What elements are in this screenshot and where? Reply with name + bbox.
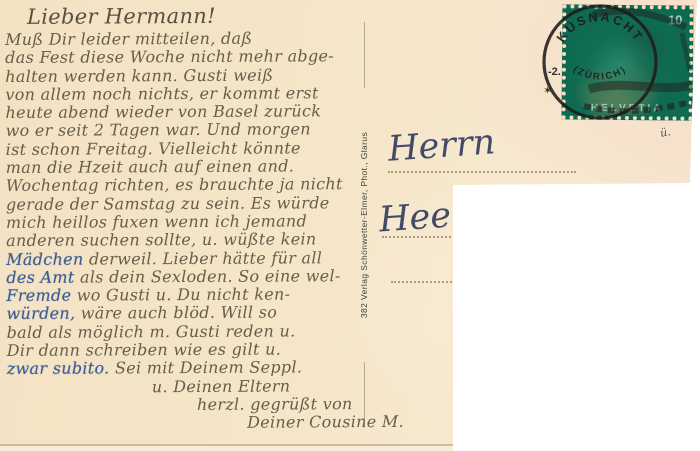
address-dotted-line-2 (382, 236, 522, 238)
message-line: zwar subito. Sei mit Deinem Seppl. (7, 357, 379, 377)
postcard-scan: Lieber Hermann!Muß Dir leider mitteilen,… (0, 0, 700, 451)
message-line: Deiner Cousine M. (247, 412, 379, 431)
address-dotted-line-3 (391, 281, 511, 283)
message-line: von allem noch nichts, er kommt erst (5, 83, 377, 103)
message-text-blue: Fremde (6, 286, 76, 305)
publisher-imprint: 382 Verlag Schönwetter-Elmer, Phot., Gla… (359, 90, 369, 360)
message-text: wo Gusti u. Du nicht ken- (77, 285, 291, 305)
message-line: wo er seit 2 Tagen war. Und morgen (5, 120, 377, 140)
message-line: heute abend wieder von Basel zurück (5, 101, 377, 121)
message-line: u. Deinen Eltern (152, 376, 379, 395)
message-line: Muß Dir leider mitteilen, daß (5, 28, 377, 48)
message-line: man die Hzeit auch auf einen and. (6, 156, 378, 176)
message-text: Lieber Hermann! (27, 4, 216, 29)
message-line: Dir dann schreiben wie es gilt u. (7, 339, 379, 359)
message-text-blue: würden, (6, 304, 80, 323)
message-line: halten werden kann. Gusti weiß (5, 65, 377, 85)
postmark-star-icon: ✶ (543, 85, 552, 97)
message-line: herzl. gegrüßt von (197, 394, 379, 413)
postmark-region: (ZÜRICH) (571, 64, 629, 83)
message-text: Muß Dir leider mitteilen, daß (5, 29, 252, 49)
message-text: halten werden kann. Gusti weiß (5, 65, 273, 85)
message-line: Lieber Hermann! (27, 3, 377, 30)
postcard-edge-margin (0, 446, 453, 451)
message-line: ist schon Freitag. Vielleicht könnte (6, 138, 378, 158)
message-block: Lieber Hermann!Muß Dir leider mitteilen,… (5, 3, 379, 432)
postcard-paper: Lieber Hermann!Muß Dir leider mitteilen,… (0, 0, 700, 451)
message-line: das Fest diese Woche nicht mehr abge- (5, 46, 377, 66)
message-text: Deiner Cousine M. (247, 412, 404, 432)
postmark: KÜSNACHT (ZÜRICH) -2. ✶ (534, 1, 700, 127)
address-dotted-line-1 (388, 171, 576, 173)
message-text: Sei mit Deinem Seppl. (115, 358, 302, 378)
message-line: bald als möglich m. Gusti reden u. (7, 321, 379, 341)
divider-line-lower (364, 362, 365, 427)
divider-line-upper (364, 22, 365, 88)
postmark-date: -2. (548, 66, 561, 78)
message-text: wo er seit 2 Tagen war. Und morgen (5, 120, 310, 141)
message-line: Mädchen derweil. Lieber hätte für all (6, 248, 378, 268)
message-text: Dir dann schreiben wie es gilt u. (7, 340, 281, 360)
cancel-smear (584, 11, 694, 111)
message-text: das Fest diese Woche nicht mehr abge- (5, 47, 334, 68)
message-text: ist schon Freitag. Vielleicht könnte (6, 138, 301, 159)
message-line: gerade der Samstag zu sein. Es würde (6, 193, 378, 213)
stray-ink-mark: ü. (659, 125, 672, 140)
message-line: mich heillos fuxen wenn ich jemand (6, 211, 378, 231)
message-text-blue: zwar subito. (7, 359, 115, 379)
message-text-blue: Mädchen (6, 249, 89, 268)
message-text-blue: des Amt (6, 267, 80, 286)
message-line: würden, wäre auch blöd. Will so (6, 302, 378, 322)
message-text: derweil. Lieber hätte für all (89, 248, 322, 268)
message-line: Wochentag richten, es brauchte ja nicht (6, 174, 378, 194)
message-text: herzl. gegrüßt von (197, 394, 353, 414)
message-text: man die Hzeit auch auf einen and. (6, 157, 294, 178)
address-line-herrn: Herrn (387, 122, 497, 169)
message-text: als dein Sexloden. So eine wel- (80, 266, 341, 286)
message-text: wäre auch blöd. Will so (81, 303, 277, 323)
message-line: anderen suchen sollte, u. wüßte kein (6, 229, 378, 249)
message-text: bald als möglich m. Gusti reden u. (7, 321, 296, 342)
message-text: mich heillos fuxen wenn ich jemand (6, 211, 307, 232)
message-text: anderen suchen sollte, u. wüßte kein (6, 230, 316, 251)
message-line: des Amt als dein Sexloden. So eine wel- (6, 266, 378, 286)
message-line: Fremde wo Gusti u. Du nicht ken- (6, 284, 378, 304)
address-line-partial: Hee (378, 196, 453, 241)
message-text: u. Deinen Eltern (152, 376, 291, 396)
